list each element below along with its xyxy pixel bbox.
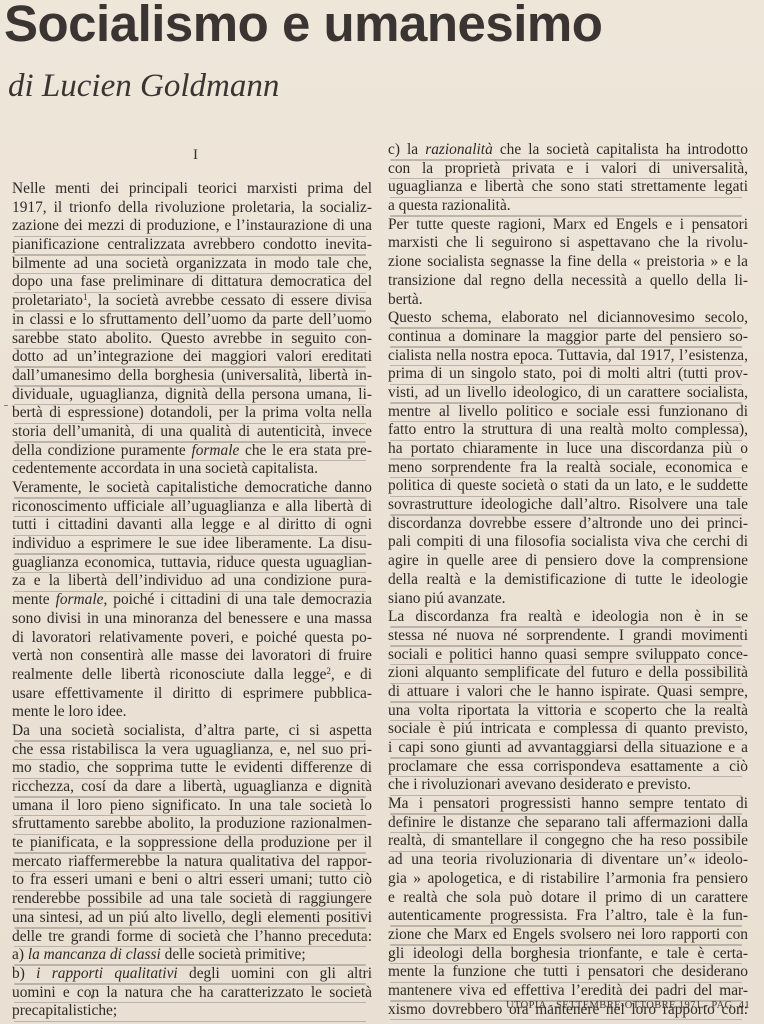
magazine-page: Socialismo e umanesimo di Lucien Goldman… xyxy=(0,0,764,1024)
text-line: proletariato1, la società avrebbe cessat… xyxy=(12,292,372,311)
text-line: to fra esseri umani e beni o altri esser… xyxy=(12,871,372,890)
text-line: a) la mancanza di classi delle società p… xyxy=(12,946,372,965)
text-line: usare effettivamente il diritto di espri… xyxy=(12,685,372,704)
text-line: in classi e lo sfruttamento dell’uomo da… xyxy=(12,311,372,330)
text-line: dopo una fase preliminare di dittatura d… xyxy=(12,273,372,292)
text-line: con la proprietà privata e i valori di u… xyxy=(388,160,748,179)
text-line: b) i rapporti qualitativi degli uomini c… xyxy=(12,965,372,984)
text-line: discordanza dovrebbe essere d’altronde u… xyxy=(388,515,748,534)
text-line: bilmente ad una società organizzata in m… xyxy=(12,255,372,274)
text-line: renderebbe possibile ad una tale società… xyxy=(12,890,372,909)
text-line: individuo a esprimere le sue idee libera… xyxy=(12,535,372,554)
text-line: mercato riaffermerebbe la natura qualita… xyxy=(12,853,372,872)
text-line: za e la libertà dell’individuo ad una co… xyxy=(12,572,372,591)
page-footer: UTOPIA - SETTEMBRE-OTTOBRE 1971 - PAG. 4… xyxy=(506,1000,750,1011)
text-line: realtà, di smantellare il congegno che h… xyxy=(388,832,748,851)
text-line: sociale è piú intricata e complessa di q… xyxy=(388,720,748,739)
text-line: bertà di espressione) dotandoli, per la … xyxy=(12,404,372,423)
text-line: mentre al livello politico e sociale ess… xyxy=(388,403,748,422)
text-line: meno sorprendente fra la realtà sociale,… xyxy=(388,459,748,478)
text-line: delle tre grandi forme di società che l’… xyxy=(12,928,372,947)
text-line: zione socialista segnasse la fine della … xyxy=(388,253,748,272)
text-line: riconoscimento ufficiale all’uguaglianza… xyxy=(12,498,372,517)
text-line: storia dell’umanità, di una qualità di a… xyxy=(12,423,372,442)
text-line: c) la razionalità che la società capital… xyxy=(388,141,748,160)
text-line: proclamare che essa corrispondeva esatta… xyxy=(388,758,748,777)
text-line: una sintesi, ad un piú alto livello, deg… xyxy=(12,909,372,928)
text-line: una volta riportata la vittoria e scoper… xyxy=(388,702,748,721)
text-line: che essa ristabilisca la vera uguaglianz… xyxy=(12,741,372,760)
article-author: di Lucien Goldmann xyxy=(8,64,279,108)
text-line: stessa né nuova né sorprendente. I grand… xyxy=(388,627,748,646)
text-line: Questo schema, elaborato nel diciannoves… xyxy=(388,309,748,328)
text-line: zioni alquanto semplificate del futuro e… xyxy=(388,664,748,683)
text-line: Ma i pensatori progressisti hanno sempre… xyxy=(388,795,748,814)
text-line: ad una teoria rivoluzionaria di diventar… xyxy=(388,851,748,870)
text-line: della realtà e la demistificazione di tu… xyxy=(388,571,748,590)
text-line: mo stadio, che sopprima tutte le evident… xyxy=(12,759,372,778)
text-line: sono divisi in una minoranza del benesse… xyxy=(12,610,372,629)
text-line: gli ideologi della borghesia trionfante,… xyxy=(388,945,748,964)
text-line: dividuale, uguaglianza, dignità della pe… xyxy=(12,386,372,405)
text-line: mente formale, poiché i cittadini di una… xyxy=(12,591,372,610)
text-line: a questa razionalità. xyxy=(388,197,748,216)
text-line: uomini e con la natura che ha caratteriz… xyxy=(12,984,372,1003)
text-line: tutti i cittadini davanti alla legge e a… xyxy=(12,516,372,535)
text-line: sfruttamento sarebbe abolito, la produzi… xyxy=(12,815,372,834)
text-line: Per tutte queste ragioni, Marx ed Engels… xyxy=(388,216,748,235)
text-line: mantenere viva ed effettiva l’eredità de… xyxy=(388,982,748,1001)
text-line: zione che Marx ed Engels svolsero nei lo… xyxy=(388,926,748,945)
text-line: autenticamente progressista. Fra l’altro… xyxy=(388,907,748,926)
text-line: zazione dei mezzi di produzione, e l’ins… xyxy=(12,217,372,236)
text-line: sovrastrutture ideologiche dall’altro. R… xyxy=(388,496,748,515)
right-column: c) la razionalità che la società capital… xyxy=(388,141,748,1019)
section-number: I xyxy=(193,146,198,164)
text-line: politica di queste società o stati da un… xyxy=(388,477,748,496)
text-line: continua a dominare la maggior parte del… xyxy=(388,328,748,347)
text-line: e realtà che sola può dotare il primo di… xyxy=(388,889,748,908)
text-line: uguaglianza e libertà che sono stati str… xyxy=(388,178,748,197)
text-line: guaglianza economica, tuttavia, riduce q… xyxy=(12,554,372,573)
text-line: marxisti che li seguirono si aspettavano… xyxy=(388,234,748,253)
text-line: cialista nella nostra epoca. Tuttavia, d… xyxy=(388,347,748,366)
text-line: pianificazione centralizzata avrebbero c… xyxy=(12,236,372,255)
text-line: siano piú avanzate. xyxy=(388,590,748,609)
article-title: Socialismo e umanesimo xyxy=(4,0,602,54)
text-line: gia » apologetica, e di ristabilire l’ar… xyxy=(388,870,748,889)
text-line: sociali e politici hanno quasi sempre sv… xyxy=(388,646,748,665)
text-line: realmente delle libertà riconosciute dal… xyxy=(12,666,372,685)
text-line: di attuare i valori che le hanno ispirat… xyxy=(388,683,748,702)
text-line: della condizione puramente formale che l… xyxy=(12,442,372,461)
text-line: cedentemente accordata in una società ca… xyxy=(12,460,372,479)
text-line: mente la funzione che tutti i pensatori … xyxy=(388,963,748,982)
text-line: vertà non consentirà alle masse dei lavo… xyxy=(12,647,372,666)
text-line: 1917, il trionfo della rivoluzione prole… xyxy=(12,199,372,218)
text-line: pali compiti di una filosofia socialista… xyxy=(388,533,748,552)
pencil-margin-mark xyxy=(4,405,8,406)
text-line: te pianificata, e la soppressione della … xyxy=(12,834,372,853)
text-line: transizione dal regno della necessità a … xyxy=(388,272,748,291)
text-line: sarebbe stato abolito. Questo avrebbe in… xyxy=(12,330,372,349)
text-line: definire le distanze che separano tali a… xyxy=(388,814,748,833)
text-line: precapitalistiche; xyxy=(12,1002,372,1021)
text-line: di lavoratori relativamente poveri, e po… xyxy=(12,629,372,648)
text-line: mente le loro idee. xyxy=(12,703,372,722)
text-line: che i rivoluzionari avevano desiderato e… xyxy=(388,776,748,795)
left-column: Nelle menti dei principali teorici marxi… xyxy=(12,180,372,1021)
text-line: Nelle menti dei principali teorici marxi… xyxy=(12,180,372,199)
text-line: ricchezza, cosí da dare a libertà, uguag… xyxy=(12,778,372,797)
text-line: Veramente, le società capitalistiche dem… xyxy=(12,479,372,498)
text-line: fatto entro la struttura di una realtà m… xyxy=(388,421,748,440)
text-line: umana il loro pieno significato. In una … xyxy=(12,797,372,816)
text-line: La discordanza fra realtà e ideologia no… xyxy=(388,608,748,627)
text-line: dotto ad un’integrazione dei maggiori va… xyxy=(12,348,372,367)
text-line: Da una società socialista, d’altra parte… xyxy=(12,722,372,741)
text-line: agire in quelle aree di pensiero dove la… xyxy=(388,552,748,571)
text-line: dall’umanesimo della borghesia (universa… xyxy=(12,367,372,386)
text-line: visti, ad un livello ideologico, di un c… xyxy=(388,384,748,403)
text-line: i capi sono giunti ad avvantaggiarsi del… xyxy=(388,739,748,758)
text-line: ha portato chiaramente in luce una disco… xyxy=(388,440,748,459)
text-line: bertà. xyxy=(388,291,748,310)
text-line: prima di un singolo stato, poi di molti … xyxy=(388,365,748,384)
